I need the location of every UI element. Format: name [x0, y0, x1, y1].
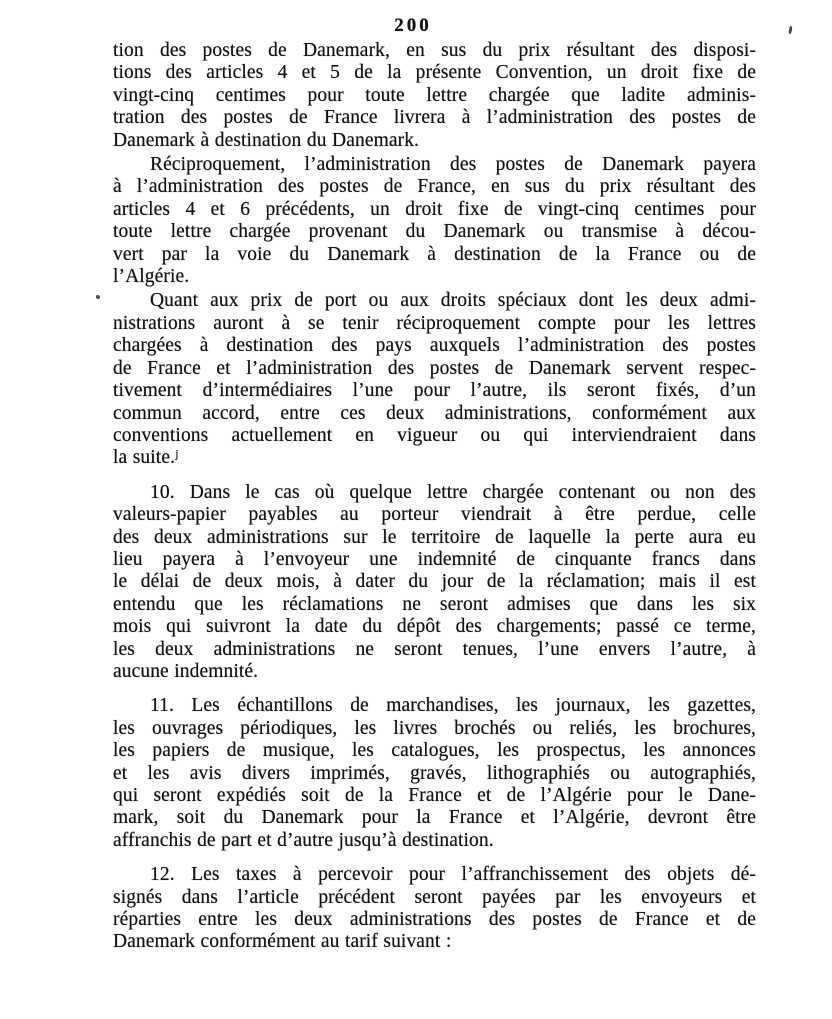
text-line: Quant aux prix de port ou aux droits spé…: [113, 290, 756, 312]
text-line: qui seront expédiés soit de la France et…: [113, 785, 756, 807]
text-line: réparties entre les deux administrations…: [113, 909, 756, 931]
text-line: mark, soit du Danemark pour la France et…: [113, 807, 756, 829]
text-line: tions des articles 4 et 5 de la présente…: [113, 62, 756, 84]
text-line: articles 4 et 6 précédents, un droit fix…: [113, 199, 756, 221]
text-line: valeurs-papier payables au porteur viend…: [113, 504, 756, 526]
paragraph: tion des postes de Danemark, en sus du p…: [113, 40, 756, 152]
text-line: signés dans l’article précédent seront p…: [113, 887, 756, 909]
text-line: aucune indemnité.: [113, 661, 756, 683]
text-line: Réciproquement, l’administration des pos…: [113, 154, 756, 176]
paragraph: 11. Les échantillons de marchandises, le…: [113, 695, 756, 852]
ink-speck-top-right: [788, 26, 793, 34]
text-line: 11. Les échantillons de marchandises, le…: [113, 695, 756, 717]
text-line: mois qui suivront la date du dépôt des c…: [113, 616, 756, 638]
paragraph: Quant aux prix de port ou aux droits spé…: [113, 290, 756, 469]
paragraph: 12. Les taxes à percevoir pour l’affranc…: [113, 864, 756, 954]
text-line: 10. Dans le cas où quelque lettre chargé…: [113, 482, 756, 504]
text-line: des deux administrations sur le territoi…: [113, 527, 756, 549]
text-line: commun accord, entre ces deux administra…: [113, 403, 756, 425]
text-line: de France et l’administration des postes…: [113, 358, 756, 380]
text-line: chargées à destination des pays auxquels…: [113, 335, 756, 357]
text-line: les papiers de musique, les catalogues, …: [113, 740, 756, 762]
text-line: les ouvrages périodiques, les livres bro…: [113, 718, 756, 740]
text-line: nistrations auront à se tenir réciproque…: [113, 313, 756, 335]
text-line: l’Algérie.: [113, 266, 756, 288]
text-line: entendu que les réclamations ne seront a…: [113, 594, 756, 616]
ink-speck-left-margin: [96, 295, 100, 299]
paragraph: 10. Dans le cas où quelque lettre chargé…: [113, 482, 756, 684]
text-line: à l’administration des postes de France,…: [113, 176, 756, 198]
text-block: tion des postes de Danemark, en sus du p…: [113, 40, 756, 954]
text-line: vert par la voie du Danemark à destinati…: [113, 244, 756, 266]
page-number: 200: [394, 18, 432, 33]
text-line: lieu payera à l’envoyeur une indemnité d…: [113, 549, 756, 571]
text-line: tration des postes de France livrera à l…: [113, 107, 756, 129]
text-line: conventions actuellement en vigueur ou q…: [113, 425, 756, 447]
paragraph: Réciproquement, l’administration des pos…: [113, 154, 756, 288]
text-line: le délai de deux mois, à dater du jour d…: [113, 571, 756, 593]
text-line: Danemark à destination du Danemark.: [113, 130, 756, 152]
page-number-partial: 200: [386, 18, 440, 33]
text-line: tivement d’intermédiaires l’une pour l’a…: [113, 380, 756, 402]
scanned-page: 200 tion des postes de Danemark, en sus …: [0, 0, 832, 1019]
text-line: et les avis divers imprimés, gravés, lit…: [113, 763, 756, 785]
text-line: toute lettre chargée provenant du Danema…: [113, 221, 756, 243]
text-line: Danemark conformément au tarif suivant :: [113, 931, 756, 953]
text-line: affranchis de part et d’autre jusqu’à de…: [113, 830, 756, 852]
text-line: la suite.ʲ: [113, 447, 756, 469]
text-line: tion des postes de Danemark, en sus du p…: [113, 40, 756, 62]
text-line: 12. Les taxes à percevoir pour l’affranc…: [113, 864, 756, 886]
text-line: vingt-cinq centimes pour toute lettre ch…: [113, 85, 756, 107]
text-line: les deux administrations ne seront tenue…: [113, 639, 756, 661]
